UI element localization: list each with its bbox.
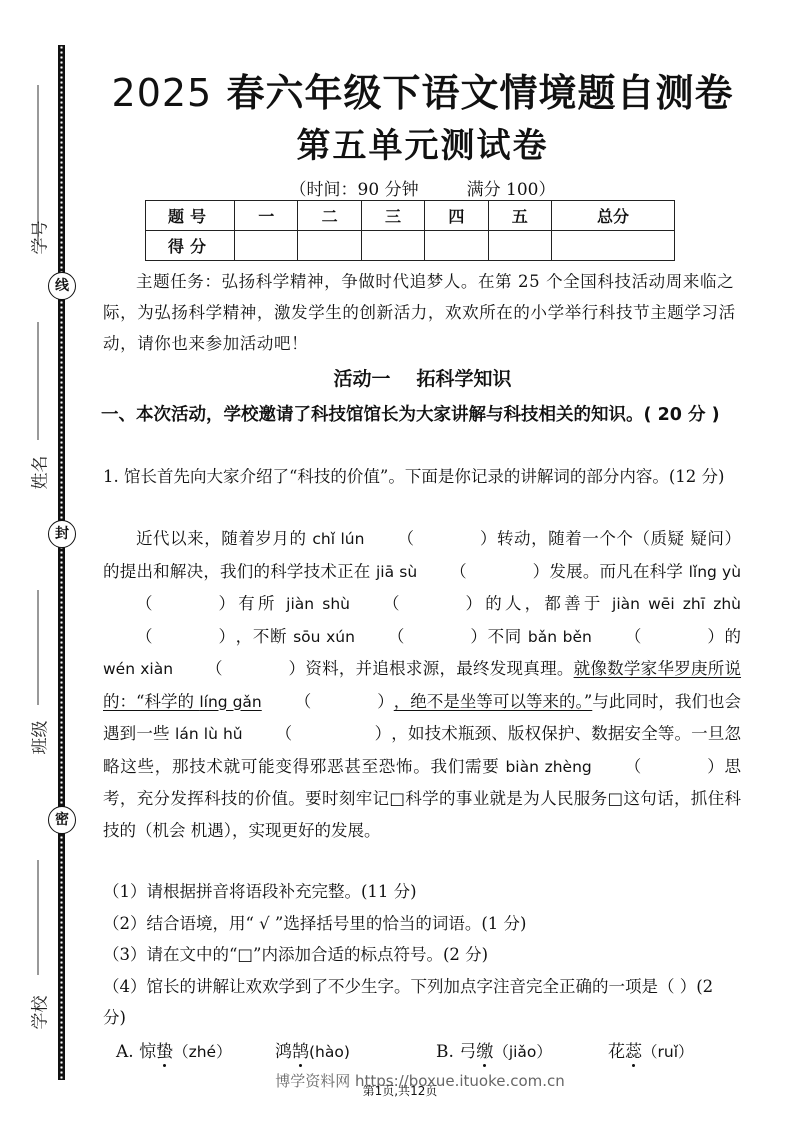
dotted-char: 蛰	[156, 1037, 173, 1062]
header-cell: 五	[488, 201, 551, 231]
passage-text: 资料，并追根求源，最终发现真理。	[305, 659, 574, 678]
pinyin: （jiǎo）	[493, 1043, 552, 1061]
answer-blank[interactable]: （ ）	[355, 621, 487, 653]
passage-text: ，不断	[235, 627, 293, 646]
sub-question-4: （4）馆长的讲解让欢欢学到了不少生字。下列加点字注音完全正确的一项是（ ）(2 …	[103, 971, 741, 1034]
answer-blank[interactable]: （ ）	[417, 556, 549, 588]
class-label: 班级	[26, 718, 51, 758]
option-text: 鸿	[275, 1042, 292, 1062]
pinyin: lǐng yù	[689, 563, 741, 581]
seal-mi: 密	[48, 806, 76, 834]
option-a-word2[interactable]: 鸿鹄(hào)	[275, 1037, 350, 1062]
class-blank-line	[37, 590, 39, 705]
score-cell[interactable]	[425, 231, 488, 261]
dotted-binding-line	[58, 45, 65, 1080]
header-cell: 三	[361, 201, 424, 231]
pinyin: sōu xún	[293, 628, 355, 646]
option-a-word1[interactable]: A. 惊蛰（zhé）	[116, 1037, 232, 1062]
option-text: 花	[608, 1042, 625, 1062]
answer-blank[interactable]: （ ）	[103, 588, 235, 620]
answer-blank[interactable]: （ ）	[364, 523, 496, 555]
passage-text: 的	[724, 627, 741, 646]
passage-text: 不同	[487, 627, 528, 646]
score-cell[interactable]	[551, 231, 674, 261]
pinyin: wén xiàn	[103, 660, 173, 678]
header-cell: 四	[425, 201, 488, 231]
pinyin: chǐ lún	[312, 530, 364, 548]
title-year: 2025	[112, 71, 213, 115]
page-title: 2025 春六年级下语文情境题自测卷	[100, 62, 745, 117]
answer-blank[interactable]: （ ）	[592, 621, 724, 653]
option-text: A. 惊	[116, 1042, 156, 1062]
header-cell: 总分	[551, 201, 674, 231]
option-b-word2[interactable]: 花蕊（ruǐ）	[608, 1037, 694, 1062]
dotted-char: 蕊	[625, 1037, 642, 1062]
pinyin: jiàn shù	[286, 595, 350, 613]
pinyin: （zhé）	[173, 1043, 232, 1061]
seal-feng: 封	[48, 520, 76, 548]
header-cell: 二	[298, 201, 361, 231]
pinyin: biàn zhèng	[505, 758, 591, 776]
answer-blank[interactable]: （ ）	[592, 751, 724, 783]
activity-number: 活动一	[333, 368, 390, 390]
pinyin: （ruǐ）	[642, 1043, 694, 1061]
name-label: 姓名	[26, 453, 51, 493]
dotted-char: 缴	[476, 1037, 493, 1062]
title-text: 春六年级下语文情境题自测卷	[226, 71, 733, 115]
answer-blank[interactable]: （ ）	[103, 621, 235, 653]
passage-text: 有所	[235, 594, 286, 613]
page-number: 第1页,共12页	[300, 1082, 500, 1099]
option-b-word1[interactable]: B. 弓缴（jiǎo）	[436, 1037, 552, 1062]
student-id-label: 学号	[26, 218, 51, 258]
page-subtitle: 第五单元测试卷	[100, 118, 745, 167]
quote-text: ，绝不是坐等可以等来的。”	[394, 692, 593, 711]
seal-xian: 线	[48, 272, 76, 300]
answer-blank[interactable]: （ ）	[173, 653, 305, 685]
score-table: 题号 一 二 三 四 五 总分 得分	[145, 200, 675, 261]
score-table-score-row: 得分	[146, 231, 675, 261]
question-stem: 1. 馆长首先向大家介绍了“科技的价值”。下面是你记录的讲解词的部分内容。(12…	[103, 461, 741, 492]
activity-heading: 活动一拓科学知识	[100, 364, 745, 391]
score-cell[interactable]	[235, 231, 298, 261]
school-label: 学校	[26, 993, 51, 1033]
theme-task: 主题任务：弘扬科学精神，争做时代追梦人。在第 25 个全国科技活动周来临之际，为…	[103, 266, 741, 359]
binding-strip: 学号 线 姓名 封 班级 密 学校	[0, 0, 90, 1122]
name-blank-line-upper	[37, 322, 39, 440]
option-text: B. 弓	[436, 1042, 476, 1062]
section-heading: 一、本次活动，学校邀请了科技馆馆长为大家讲解与科技相关的知识。( 20 分 )	[101, 400, 743, 431]
pinyin: lán lù hǔ	[175, 725, 243, 743]
school-blank-line	[37, 860, 39, 975]
score-table-header-row: 题号 一 二 三 四 五 总分	[146, 201, 675, 231]
pinyin: (hào)	[309, 1043, 350, 1061]
answer-blank[interactable]: （ ）	[243, 718, 392, 750]
pinyin: jiā sù	[376, 563, 417, 581]
passage-text: 近代以来，随着岁月的	[136, 529, 312, 548]
header-cell: 一	[235, 201, 298, 231]
pinyin: jiàn wēi zhī zhù	[612, 595, 741, 613]
row-label: 得分	[146, 231, 235, 261]
full-score: 满分 100）	[467, 180, 556, 200]
answer-blank[interactable]: （ ）	[262, 686, 394, 718]
pinyin: bǎn běn	[528, 628, 592, 646]
sub-question-3: （3）请在文中的“□”内添加合适的标点符号。(2 分)	[103, 939, 741, 971]
activity-name: 拓科学知识	[417, 368, 512, 390]
score-cell[interactable]	[488, 231, 551, 261]
pinyin: líng gǎn	[199, 693, 261, 711]
score-cell[interactable]	[298, 231, 361, 261]
sub-question-2: （2）结合语境，用“ √ ”选择括号里的恰当的词语。(1 分)	[103, 908, 741, 940]
reading-passage: 近代以来，随着岁月的 chǐ lún（ ）转动，随着一个个（质疑 疑问）的提出和…	[103, 523, 741, 846]
sub-question-1: （1）请根据拼音将语段补充完整。(11 分)	[103, 876, 741, 908]
time-limit: （时间：90 分钟	[290, 180, 419, 200]
exam-meta: （时间：90 分钟满分 100）	[100, 175, 745, 200]
answer-blank[interactable]: （ ）	[350, 588, 482, 620]
dotted-char: 鹄	[292, 1037, 309, 1062]
header-cell: 题号	[146, 201, 235, 231]
score-cell[interactable]	[361, 231, 424, 261]
passage-text: 的人，都善于	[482, 594, 612, 613]
passage-text: 发展。而凡在科学	[549, 562, 688, 581]
sub-questions: （1）请根据拼音将语段补充完整。(11 分) （2）结合语境，用“ √ ”选择括…	[103, 876, 741, 1034]
